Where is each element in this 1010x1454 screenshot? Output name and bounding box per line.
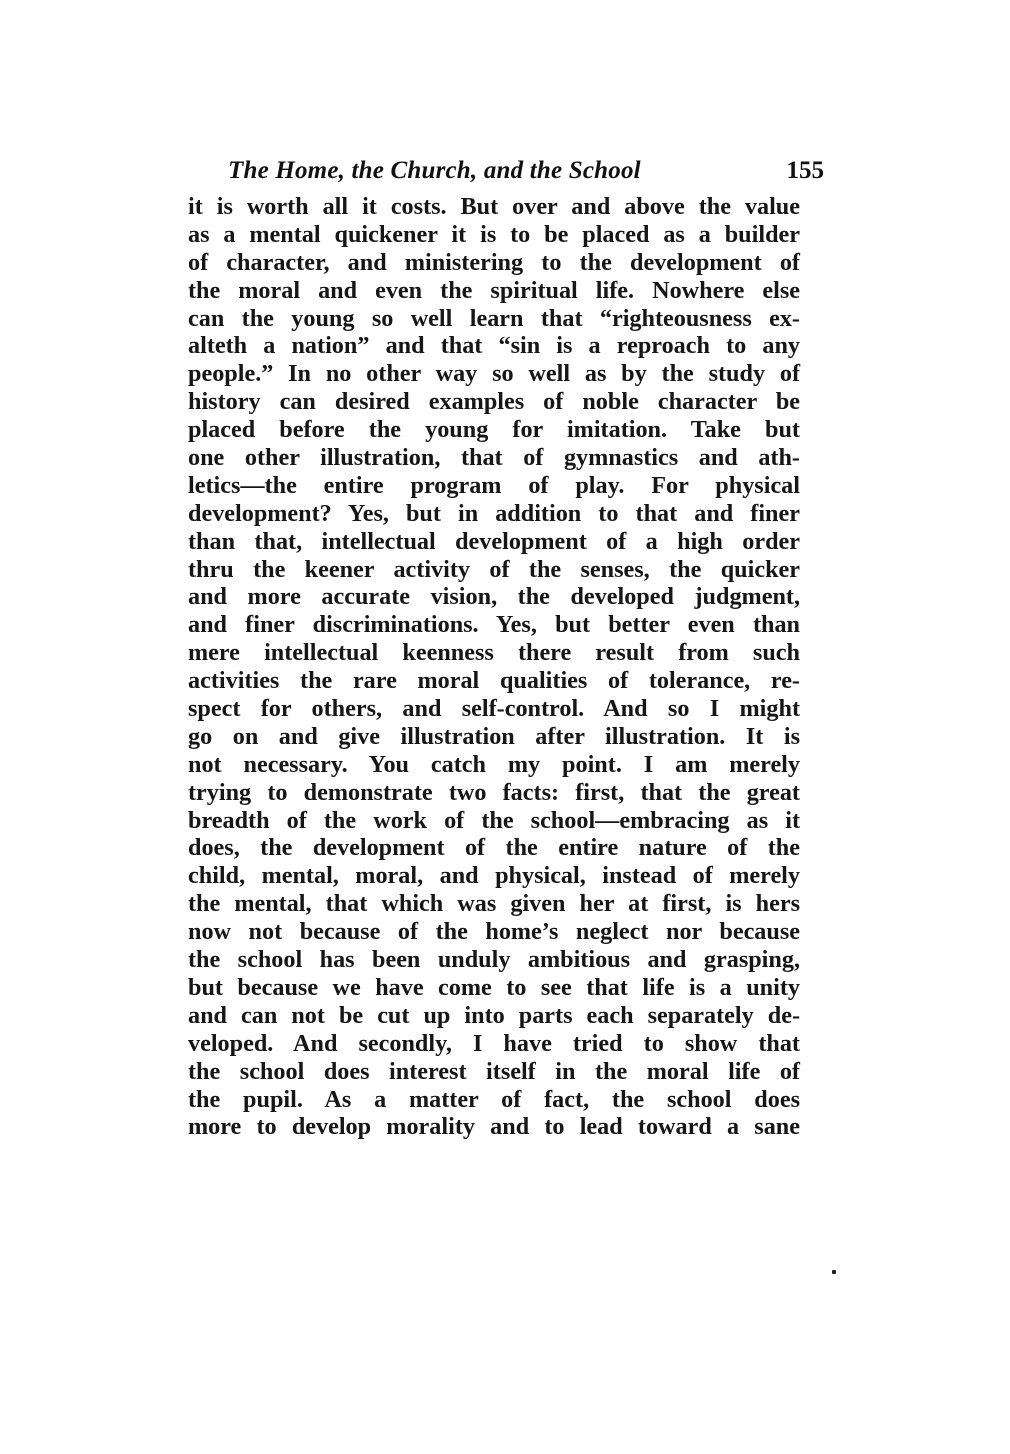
text-line: can the young so well learn that “righte… <box>188 305 800 333</box>
book-page: The Home, the Church, and the School 155… <box>0 0 1010 1454</box>
text-line: it is worth all it costs. But over and a… <box>188 193 800 221</box>
text-line: placed before the young for imitation. T… <box>188 416 800 444</box>
text-line: thru the keener activity of the senses, … <box>188 556 800 584</box>
text-line: the school does interest itself in the m… <box>188 1058 800 1086</box>
text-line: people.” In no other way so well as by t… <box>188 360 800 388</box>
text-line: child, mental, moral, and physical, inst… <box>188 862 800 890</box>
text-line: one other illustration, that of gymnasti… <box>188 444 800 472</box>
text-line: trying to demonstrate two facts: first, … <box>188 779 800 807</box>
running-head: The Home, the Church, and the School 155 <box>228 157 824 191</box>
text-line: activities the rare moral qualities of t… <box>188 667 800 695</box>
text-line: veloped. And secondly, I have tried to s… <box>188 1030 800 1058</box>
text-line: the pupil. As a matter of fact, the scho… <box>188 1086 800 1114</box>
text-line: as a mental quickener it is to be placed… <box>188 221 800 249</box>
text-line: alteth a nation” and that “sin is a repr… <box>188 332 800 360</box>
text-line: letics—the entire program of play. For p… <box>188 472 800 500</box>
text-line: now not because of the home’s neglect no… <box>188 918 800 946</box>
text-line: than that, intellectual development of a… <box>188 528 800 556</box>
text-line: the moral and even the spiritual life. N… <box>188 277 800 305</box>
text-line: development? Yes, but in addition to tha… <box>188 500 800 528</box>
scan-speck <box>832 1270 836 1274</box>
text-line: does, the development of the entire natu… <box>188 834 800 862</box>
running-title: The Home, the Church, and the School <box>228 157 641 185</box>
page-number: 155 <box>787 157 825 185</box>
text-line: the mental, that which was given her at … <box>188 890 800 918</box>
text-line: spect for others, and self-control. And … <box>188 695 800 723</box>
text-line: more to develop morality and to lead tow… <box>188 1113 800 1141</box>
text-line: not necessary. You catch my point. I am … <box>188 751 800 779</box>
text-line: and more accurate vision, the developed … <box>188 583 800 611</box>
text-line: the school has been unduly ambitious and… <box>188 946 800 974</box>
body-paragraph: it is worth all it costs. But over and a… <box>188 193 800 1141</box>
text-line: go on and give illustration after illust… <box>188 723 800 751</box>
text-line: breadth of the work of the school—embrac… <box>188 807 800 835</box>
text-line: mere intellectual keenness there result … <box>188 639 800 667</box>
text-line: and finer discriminations. Yes, but bett… <box>188 611 800 639</box>
text-line: but because we have come to see that lif… <box>188 974 800 1002</box>
text-line: of character, and ministering to the dev… <box>188 249 800 277</box>
text-line: and can not be cut up into parts each se… <box>188 1002 800 1030</box>
text-line: history can desired examples of noble ch… <box>188 388 800 416</box>
